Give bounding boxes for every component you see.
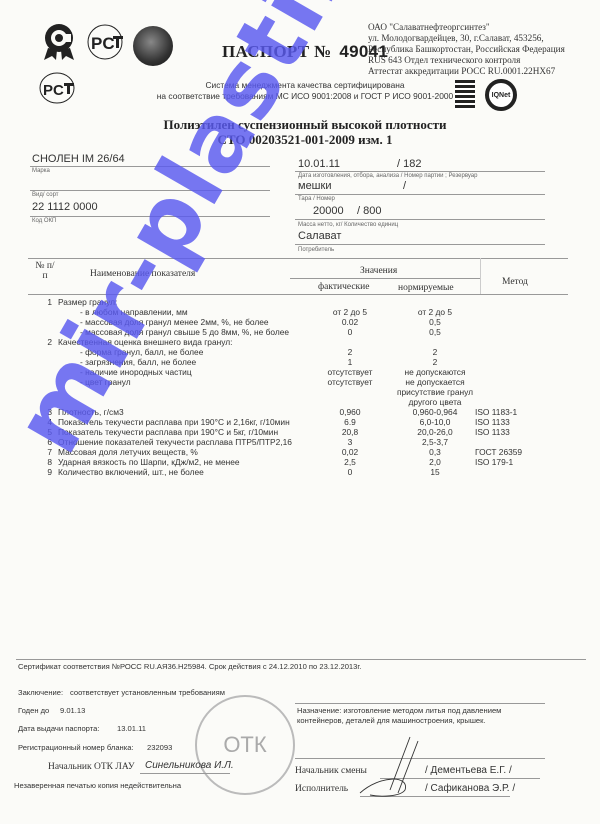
valid-until-value: 9.01.13 <box>60 706 85 715</box>
signature-icon <box>350 735 430 800</box>
stamp-text: ОТК <box>223 732 266 758</box>
row-actual-value: 20,8 <box>310 427 390 437</box>
brand-value: СНОЛЕН IM 26/64 <box>32 153 125 165</box>
row-actual-value: отсутствует <box>310 367 390 377</box>
net-mass-label: Масса нетто, кг/ Количество единиц <box>298 222 398 228</box>
row-normative-value: 0,5 <box>390 327 480 337</box>
col-header-num: № п/п <box>35 261 55 281</box>
row-number: 7 <box>42 447 52 457</box>
divider <box>30 166 270 167</box>
divider <box>30 190 270 191</box>
col-header-values: Значения <box>360 266 397 276</box>
row-actual-value: от 2 до 5 <box>310 307 390 317</box>
otk-head-label: Начальник ОТК ЛАУ <box>48 762 135 772</box>
qms-line: на соответствие требованиям МС ИСО 9001:… <box>150 91 460 102</box>
passport-title-label: ПАСПОРТ № <box>222 42 331 61</box>
iqnet-label: IQNet <box>492 92 511 99</box>
rst-iso-icon: PC <box>37 70 77 106</box>
col-header-normative: нормируемые <box>398 283 454 293</box>
product-standard: СТО 00203521-001-2009 изм. 1 <box>150 132 460 147</box>
rst-certification-icon: PC <box>85 22 125 62</box>
row-normative-value: 20,0-26,0 <box>390 427 480 437</box>
row-actual-value: 2,5 <box>310 457 390 467</box>
okp-code-value: 22 1112 0000 <box>32 201 98 213</box>
batch-number-value: / 182 <box>397 158 421 170</box>
company-line: ул. Молодогвардейцев, 30, г.Салават, 453… <box>368 33 565 44</box>
svg-text:PC: PC <box>91 34 115 53</box>
row-name: - массовая доля гранул менее 2мм, %, не … <box>80 317 269 327</box>
consumer-value: Салават <box>298 230 341 242</box>
conclusion-label: Заключение: <box>18 688 63 697</box>
row-actual-value: 3 <box>310 437 390 447</box>
company-address: ОАО "Салаватнефтеоргсинтез" ул. Молодогв… <box>368 22 565 77</box>
row-number: 3 <box>42 407 52 417</box>
grade-label: Вид/ сорт <box>32 192 59 198</box>
row-normative-value: 0,960-0,964 <box>390 407 480 417</box>
round-emblem-icon <box>133 26 173 66</box>
row-name: Показатель текучести расплава при 190°С … <box>58 417 290 427</box>
product-title: Полиэтилен суспензионный высокой плотнос… <box>150 117 460 147</box>
row-name: Плотность, г/см3 <box>58 407 124 417</box>
divider <box>295 171 545 172</box>
row-method: ISO 1183-1 <box>475 407 517 417</box>
row-actual-value: 0.02 <box>310 317 390 327</box>
row-name: Качественная оценка внешнего вида гранул… <box>58 337 232 347</box>
quality-mark-icon <box>455 80 475 110</box>
valid-until-label: Годен до <box>18 706 49 715</box>
row-normative-value: 0,5 <box>390 317 480 327</box>
okp-code-label: Код ОКП <box>32 218 56 224</box>
divider <box>295 703 545 704</box>
company-line: RUS 643 Отдел технического контроля <box>368 55 565 66</box>
otk-stamp: ОТК <box>195 695 295 795</box>
row-name: - цвет гранул <box>80 377 131 387</box>
row-normative-value: другого цвета <box>390 397 480 407</box>
row-normative-value: 6,0-10,0 <box>390 417 480 427</box>
row-number: 1 <box>42 297 52 307</box>
col-header-actual: фактические <box>318 282 369 292</box>
row-name: Отношение показателей текучести расплава… <box>58 437 292 447</box>
table-top-border <box>28 258 568 259</box>
row-name: Массовая доля летучих веществ, % <box>58 447 198 457</box>
purpose-line: контейнеров, деталей для машиностроения,… <box>297 716 501 726</box>
row-name: Размер гранул: <box>58 297 117 307</box>
row-normative-value: от 2 до 5 <box>390 307 480 317</box>
otk-head-name: Синельникова И.Л. <box>145 760 234 771</box>
signature-line <box>140 773 230 774</box>
row-actual-value: 0 <box>310 327 390 337</box>
row-number: 8 <box>42 457 52 467</box>
col-header-name: Наименование показателя <box>90 269 195 279</box>
divider <box>290 278 480 279</box>
row-actual-value: 0,960 <box>310 407 390 417</box>
divider <box>295 244 545 245</box>
issue-date-label: Дата выдачи паспорта: <box>18 724 99 733</box>
company-line: Аттестат аккредитации РОСС RU.0001.22НХ6… <box>368 66 565 77</box>
row-number: 2 <box>42 337 52 347</box>
row-normative-value: 0,3 <box>390 447 480 457</box>
divider <box>30 216 270 217</box>
qms-certification-text: Система менеджмента качества сертифициро… <box>150 80 460 102</box>
reg-number-value: 232093 <box>147 743 172 752</box>
row-normative-value: 2 <box>390 357 480 367</box>
divider <box>295 194 545 195</box>
row-normative-value: присутствие гранул <box>390 387 480 397</box>
row-method: ISO 1133 <box>475 427 510 437</box>
row-actual-value: 1 <box>310 357 390 367</box>
certificate-text: Сертификат соответствия №РОСС RU.АЯ36.Н2… <box>18 662 361 671</box>
purpose-text: Назначение: изготовление методом литья п… <box>297 706 501 726</box>
issue-date-value: 13.01.11 <box>117 724 146 733</box>
passport-title: ПАСПОРТ №49041 <box>222 42 388 62</box>
row-actual-value: 2 <box>310 347 390 357</box>
manufacture-date-label: Дата изготовления, отбора, анализа / Ном… <box>298 173 477 179</box>
conclusion-value: соответствует установленным требованиям <box>70 688 225 697</box>
row-number: 5 <box>42 427 52 437</box>
row-number: 6 <box>42 437 52 447</box>
row-normative-value: 15 <box>390 467 480 477</box>
iqnet-logo-icon: IQNet <box>485 79 517 111</box>
row-normative-value: 2,5-3,7 <box>390 437 480 447</box>
row-number: 9 <box>42 467 52 477</box>
divider <box>16 659 586 660</box>
row-name: - загрязнения, балл, не более <box>80 357 196 367</box>
unit-count-value: / 800 <box>357 205 381 217</box>
divider <box>295 219 545 220</box>
copy-invalid-note: Незаверенная печатью копия недействитель… <box>14 781 181 790</box>
product-name: Полиэтилен суспензионный высокой плотнос… <box>150 117 460 132</box>
svg-text:PC: PC <box>43 82 64 99</box>
qms-line: Система менеджмента качества сертифициро… <box>150 80 460 91</box>
row-name: - форма гранул, балл, не более <box>80 347 203 357</box>
row-actual-value: отсутствует <box>310 377 390 387</box>
row-number: 4 <box>42 417 52 427</box>
purpose-line: Назначение: изготовление методом литья п… <box>297 706 501 716</box>
c-certification-icon <box>40 22 78 62</box>
shift-head-name: / Дементьева Е.Г. / <box>425 765 512 776</box>
row-normative-value: 2 <box>390 347 480 357</box>
container-number-value: / <box>403 180 406 192</box>
container-label: Тара / Номер <box>298 196 335 202</box>
row-name: - в любом направлении, мм <box>80 307 188 317</box>
col-header-method: Метод <box>502 277 528 287</box>
row-name: Ударная вязкость по Шарпи, кДж/м2, не ме… <box>58 457 240 467</box>
row-method: ГОСТ 26359 <box>475 447 522 457</box>
row-actual-value: 0 <box>310 467 390 477</box>
row-actual-value: 6.9 <box>310 417 390 427</box>
row-method: ISO 1133 <box>475 417 510 427</box>
reg-number-label: Регистрационный номер бланка: <box>18 743 134 752</box>
company-line: ОАО "Салаватнефтеоргсинтез" <box>368 22 565 33</box>
row-method: ISO 179-1 <box>475 457 513 467</box>
row-name: Показатель текучести расплава при 190°С … <box>58 427 278 437</box>
row-name: - массовая доля гранул свыше 5 до 8мм, %… <box>80 327 289 337</box>
row-name: Количество включений, шт., не более <box>58 467 204 477</box>
container-value: мешки <box>298 180 331 192</box>
executor-name: / Сафиканова Э.Р. / <box>425 783 515 794</box>
row-normative-value: 2,0 <box>390 457 480 467</box>
row-normative-value: не допускаются <box>390 367 480 377</box>
brand-label: Марка <box>32 168 50 174</box>
company-line: Республика Башкортостан, Российская Феде… <box>368 44 565 55</box>
table-header-border <box>28 294 568 295</box>
divider <box>480 258 481 294</box>
row-name: - наличие инородных частиц <box>80 367 192 377</box>
manufacture-date-value: 10.01.11 <box>298 158 340 170</box>
row-normative-value: не допускается <box>390 377 480 387</box>
executor-label: Исполнитель <box>295 784 348 794</box>
consumer-label: Потребитель <box>298 247 334 253</box>
row-actual-value: 0,02 <box>310 447 390 457</box>
net-mass-value: 20000 <box>313 205 344 217</box>
